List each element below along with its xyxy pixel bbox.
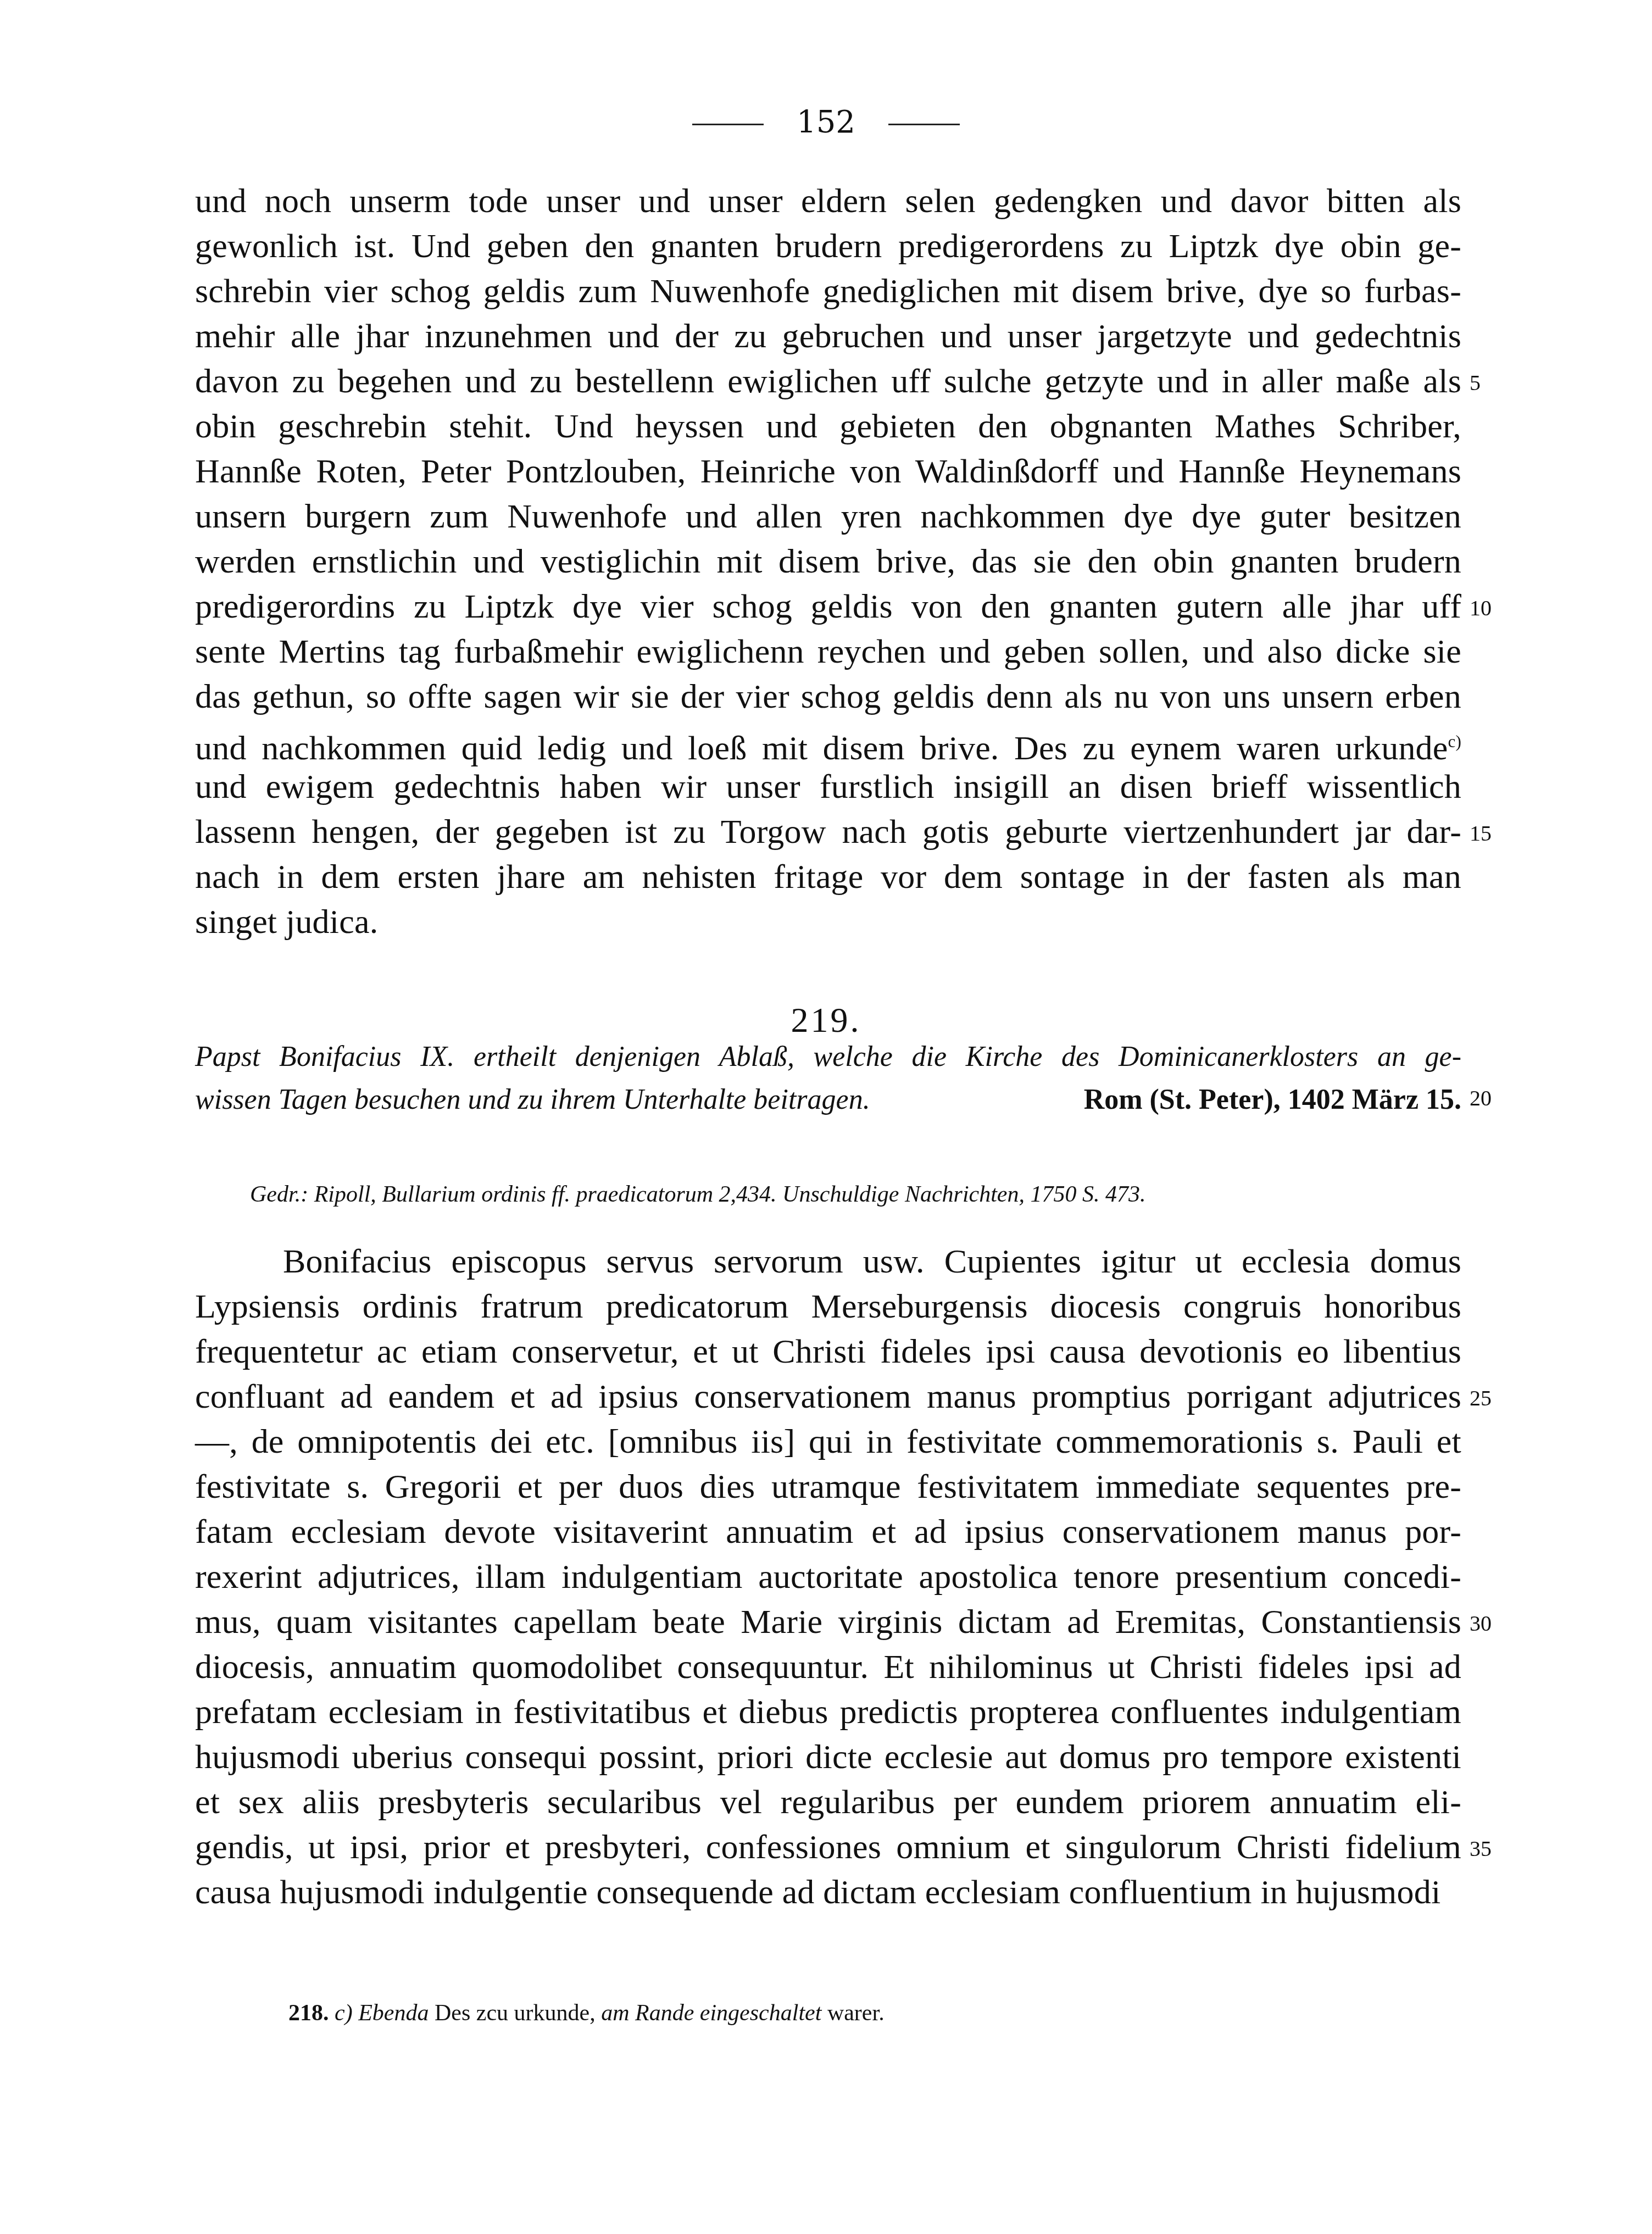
line-number: 5: [1470, 370, 1481, 396]
footnote-letter: c): [335, 2000, 353, 2026]
document-number-219: 219.: [0, 1000, 1652, 1041]
text-line: sente Mertins tag furbaßmehir ewiglichen…: [195, 629, 1461, 674]
text-line: davon zu begehen und zu bestellenn ewigl…: [195, 359, 1461, 404]
footnote-ref: 218.: [288, 2000, 329, 2026]
page-number: 152: [797, 104, 855, 140]
text-line: frequentetur ac etiam conservetur, et ut…: [195, 1329, 1461, 1374]
regest-line-1: Papst Bonifacius IX. ertheilt denjenigen…: [195, 1036, 1461, 1079]
text-line: festivitate s. Gregorii et per duos dies…: [195, 1464, 1461, 1509]
text-line: gewonlich ist. Und geben den gnanten bru…: [195, 224, 1461, 269]
date-place: Rom (St. Peter), 1402 März 15.: [1084, 1079, 1461, 1121]
text-line: obin geschrebin stehit. Und heyssen und …: [195, 404, 1461, 449]
line-number: 20: [1470, 1085, 1492, 1111]
text-line: und nachkommen quid ledig und loeß mit d…: [195, 719, 1461, 764]
header-rule-left: [692, 124, 764, 125]
footnote-marker: c): [1448, 732, 1461, 751]
text-line: causa hujusmodi indulgentie consequende …: [195, 1870, 1461, 1915]
text-line: schrebin vier schog geldis zum Nuwenhofe…: [195, 269, 1461, 314]
regest-text: wissen Tagen besuchen und zu ihrem Unter…: [195, 1084, 870, 1115]
footnote-source: Ebenda: [358, 2000, 429, 2026]
header-rule-right: [888, 124, 960, 125]
text-line: nach in dem ersten jhare am nehisten fri…: [195, 854, 1461, 899]
text-line: fatam ecclesiam devote visitaverint annu…: [195, 1509, 1461, 1554]
text-line: rexerint adjutrices, illam indulgentiam …: [195, 1554, 1461, 1599]
text-line: —, de omnipotentis dei etc. [omnibus iis…: [195, 1419, 1461, 1464]
text-line: mehir alle jhar inzunehmen und der zu ge…: [195, 314, 1461, 359]
print-reference: Gedr.: Ripoll, Bullarium ordinis ff. pra…: [250, 1181, 1146, 1208]
line-number: 30: [1470, 1610, 1492, 1636]
line-number: 35: [1470, 1836, 1492, 1861]
footnote: 218. c) Ebenda Des zcu urkunde, am Rande…: [288, 2000, 885, 2026]
footnote-tail: warer.: [827, 2000, 885, 2026]
footnote-note: am Rande eingeschaltet: [601, 2000, 821, 2026]
text-line: lassenn hengen, der gegeben ist zu Torgo…: [195, 809, 1461, 854]
text-line: mus, quam visitantes capellam beate Mari…: [195, 1599, 1461, 1644]
text-line: Hannße Roten, Peter Pontzlouben, Heinric…: [195, 449, 1461, 494]
line-number: 25: [1470, 1385, 1492, 1411]
text-line: singet judica.: [195, 899, 1461, 944]
text-line: und ewigem gedechtnis haben wir unser fu…: [195, 764, 1461, 809]
text-line: et sex aliis presbyteris secularibus vel…: [195, 1780, 1461, 1825]
text-line: confluant ad eandem et ad ipsius conserv…: [195, 1374, 1461, 1419]
text-line: Bonifacius episcopus servus servorum usw…: [195, 1239, 1461, 1284]
text-line: prefatam ecclesiam in festivitatibus et …: [195, 1690, 1461, 1735]
line-number: 15: [1470, 820, 1492, 846]
text-line: diocesis, annuatim quomodolibet consequu…: [195, 1644, 1461, 1690]
line-number: 10: [1470, 595, 1492, 621]
footnote-quoted: Des zcu urkunde,: [435, 2000, 596, 2026]
text-line: Lypsiensis ordinis fratrum predicatorum …: [195, 1284, 1461, 1329]
regest-line-2: wissen Tagen besuchen und zu ihrem Unter…: [195, 1079, 1461, 1121]
page-header: 152: [0, 104, 1652, 140]
text-line: hujusmodi uberius consequi possint, prio…: [195, 1735, 1461, 1780]
text-line: und noch unserm tode unser und unser eld…: [195, 179, 1461, 224]
text-line: werden ernstlichin und vestiglichin mit …: [195, 539, 1461, 584]
text-line: predigerordins zu Liptzk dye vier schog …: [195, 584, 1461, 629]
text-line: das gethun, so offte sagen wir sie der v…: [195, 674, 1461, 719]
text-line: unsern burgern zum Nuwenhofe und allen y…: [195, 494, 1461, 539]
text-line: gendis, ut ipsi, prior et presbyteri, co…: [195, 1825, 1461, 1870]
